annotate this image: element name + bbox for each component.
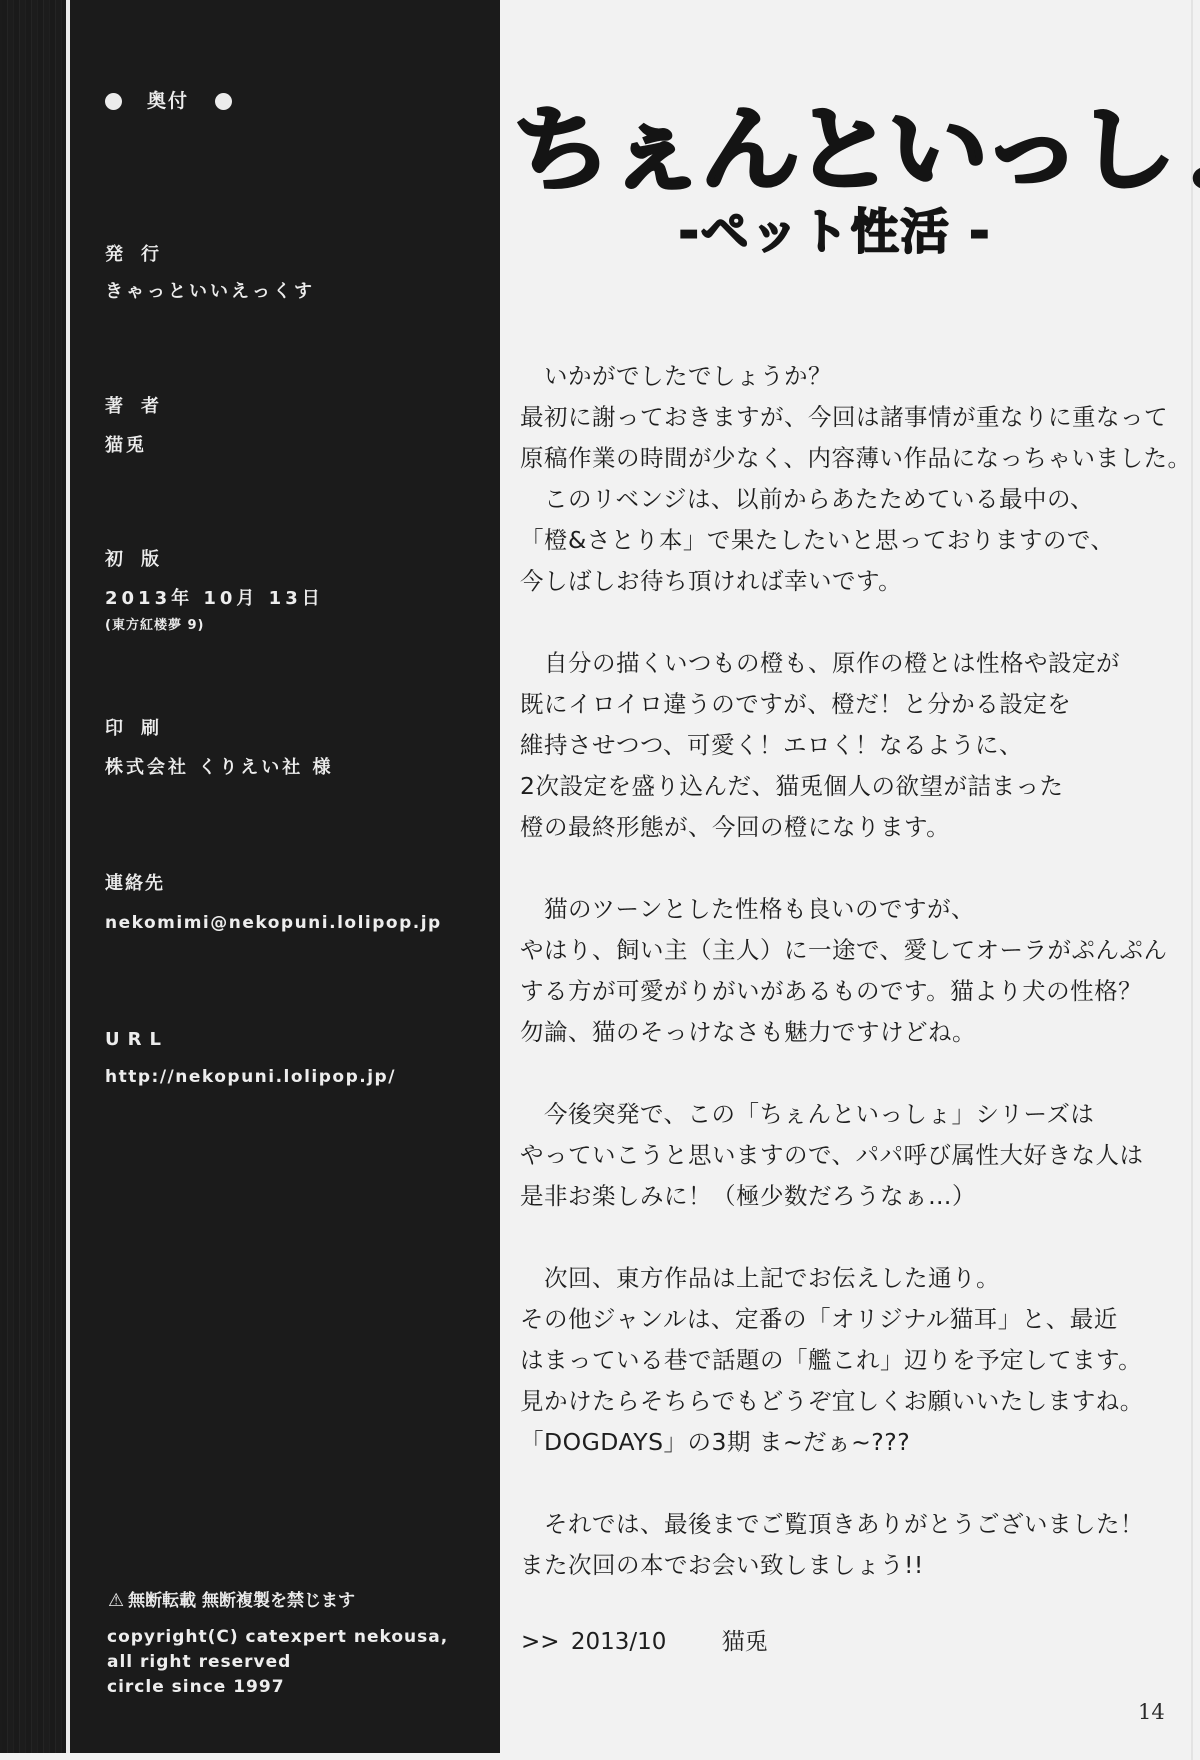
bullet-dot-icon xyxy=(105,93,122,110)
signoff-author: 猫兎 xyxy=(722,1629,768,1655)
copyright-line: all right reserved xyxy=(107,1654,291,1671)
text-line: 「橙&さとり本」で果たしたいと思っておりますので、 xyxy=(520,520,1200,561)
contact-label: 連絡先 xyxy=(105,875,165,893)
colophon-heading: 奥付 xyxy=(105,92,232,111)
publisher-value: きゃっといいえっくす xyxy=(105,283,315,301)
author-value: 猫兎 xyxy=(105,437,147,455)
printer-value: 株式会社 くりえい社 様 xyxy=(105,759,334,777)
copyright-line: copyright(C) catexpert nekousa, xyxy=(107,1629,448,1646)
afterword-subtitle: -ペット性活 - xyxy=(635,208,1035,256)
text-line: 猫のツーンとした性格も良いのですが、 xyxy=(520,889,1200,930)
warning-triangle-icon: ⚠ xyxy=(108,1592,124,1610)
text-line: 原稿作業の時間が少なく、内容薄い作品になっちゃいました。 xyxy=(520,438,1200,479)
text-line: 勿論、猫のそっけなさも魅力ですけどね。 xyxy=(520,1012,1200,1053)
text-line: それでは、最後までご覧頂きありがとうございました！ xyxy=(520,1504,1200,1545)
contact-email[interactable]: nekomimi@nekopuni.lolipop.jp xyxy=(105,915,442,932)
text-line: その他ジャンルは、定番の「オリジナル猫耳」と、最近 xyxy=(520,1299,1200,1340)
text-line: 次回、東方作品は上記でお伝えした通り。 xyxy=(520,1258,1200,1299)
colophon-panel: 奥付 発行 きゃっといいえっくす 著者 猫兎 初版 2013年 10月 13日 … xyxy=(0,0,500,1753)
paragraph: 自分の描くいつもの橙も、原作の橙とは性格や設定が 既にイロイロ違うのですが、橙だ… xyxy=(520,643,1200,848)
url-label: URL xyxy=(105,1031,169,1049)
paragraph: 猫のツーンとした性格も良いのですが、 やはり、飼い主（主人）に一途で、愛してオー… xyxy=(520,889,1200,1053)
paragraph: 次回、東方作品は上記でお伝えした通り。 その他ジャンルは、定番の「オリジナル猫耳… xyxy=(520,1258,1200,1463)
text-line: 自分の描くいつもの橙も、原作の橙とは性格や設定が xyxy=(520,643,1200,684)
paragraph: いかがでしたでしょうか？ 最初に謝っておきますが、今回は諸事情が重なりに重なって… xyxy=(520,356,1200,602)
text-line: 橙の最終形態が、今回の橙になります。 xyxy=(520,807,1200,848)
paragraph: それでは、最後までご覧頂きありがとうございました！ また次回の本でお会い致しまし… xyxy=(520,1504,1200,1586)
copyright-line: circle since 1997 xyxy=(107,1679,285,1696)
text-line: やっていこうと思いますので、パパ呼び属性大好きな人は xyxy=(520,1135,1200,1176)
colophon-heading-label: 奥付 xyxy=(147,92,189,111)
text-line: また次回の本でお会い致しましょう!! xyxy=(520,1545,1200,1586)
signoff: >> 2013/10 猫兎 xyxy=(521,1623,768,1656)
warning-text: 無断転載 無断複製を禁じます xyxy=(128,1593,355,1610)
paragraph: 今後突発で、この「ちぇんといっしょ」シリーズは やっていこうと思いますので、パパ… xyxy=(520,1094,1200,1217)
text-line: 既にイロイロ違うのですが、橙だ！と分かる設定を xyxy=(520,684,1200,725)
text-line: やはり、飼い主（主人）に一途で、愛してオーラがぷんぷん xyxy=(520,930,1200,971)
first-edition-date: 2013年 10月 13日 xyxy=(105,590,324,608)
panel-divider-line xyxy=(66,0,70,1753)
signoff-marker: >> xyxy=(521,1629,560,1655)
publisher-label: 発行 xyxy=(105,246,177,264)
signoff-date: 2013/10 xyxy=(571,1629,667,1655)
text-line: 見かけたらそちらでもどうぞ宜しくお願いいたしますね。 xyxy=(520,1381,1200,1422)
text-line: 今しばしお待ち頂ければ幸いです。 xyxy=(520,561,1200,602)
text-line: 2次設定を盛り込んだ、猫兎個人の欲望が詰まった xyxy=(520,766,1200,807)
text-line: 今後突発で、この「ちぇんといっしょ」シリーズは xyxy=(520,1094,1200,1135)
afterword-title: ちぇんといっしょ xyxy=(512,104,1192,196)
text-line: このリベンジは、以前からあたためている最中の、 xyxy=(520,479,1200,520)
afterword-body: いかがでしたでしょうか？ 最初に謝っておきますが、今回は諸事情が重なりに重なって… xyxy=(520,356,1200,1627)
text-line: はまっている巷で話題の「艦これ」辺りを予定してます。 xyxy=(520,1340,1200,1381)
author-label: 著者 xyxy=(105,398,177,416)
text-line: いかがでしたでしょうか？ xyxy=(520,356,1200,397)
binding-stripes xyxy=(2,0,66,1753)
printer-label: 印刷 xyxy=(105,720,177,738)
text-line: 維持させつつ、可愛く！エロく！なるように、 xyxy=(520,725,1200,766)
text-line: する方が可愛がりがいがあるものです。猫より犬の性格？ xyxy=(520,971,1200,1012)
page-number: 14 xyxy=(1138,1700,1165,1724)
bullet-dot-icon xyxy=(215,93,232,110)
copyright-warning: ⚠ 無断転載 無断複製を禁じます xyxy=(108,1592,355,1610)
text-line: 最初に謝っておきますが、今回は諸事情が重なりに重なって xyxy=(520,397,1200,438)
website-url[interactable]: http://nekopuni.lolipop.jp/ xyxy=(105,1069,396,1086)
text-line: 「DOGDAYS」の3期 ま~だぁ~??? xyxy=(520,1422,1200,1463)
text-line: 是非お楽しみに！（極少数だろうなぁ…） xyxy=(520,1176,1200,1217)
first-edition-event-note: (東方紅楼夢 9) xyxy=(105,619,204,632)
first-edition-label: 初版 xyxy=(105,551,177,569)
